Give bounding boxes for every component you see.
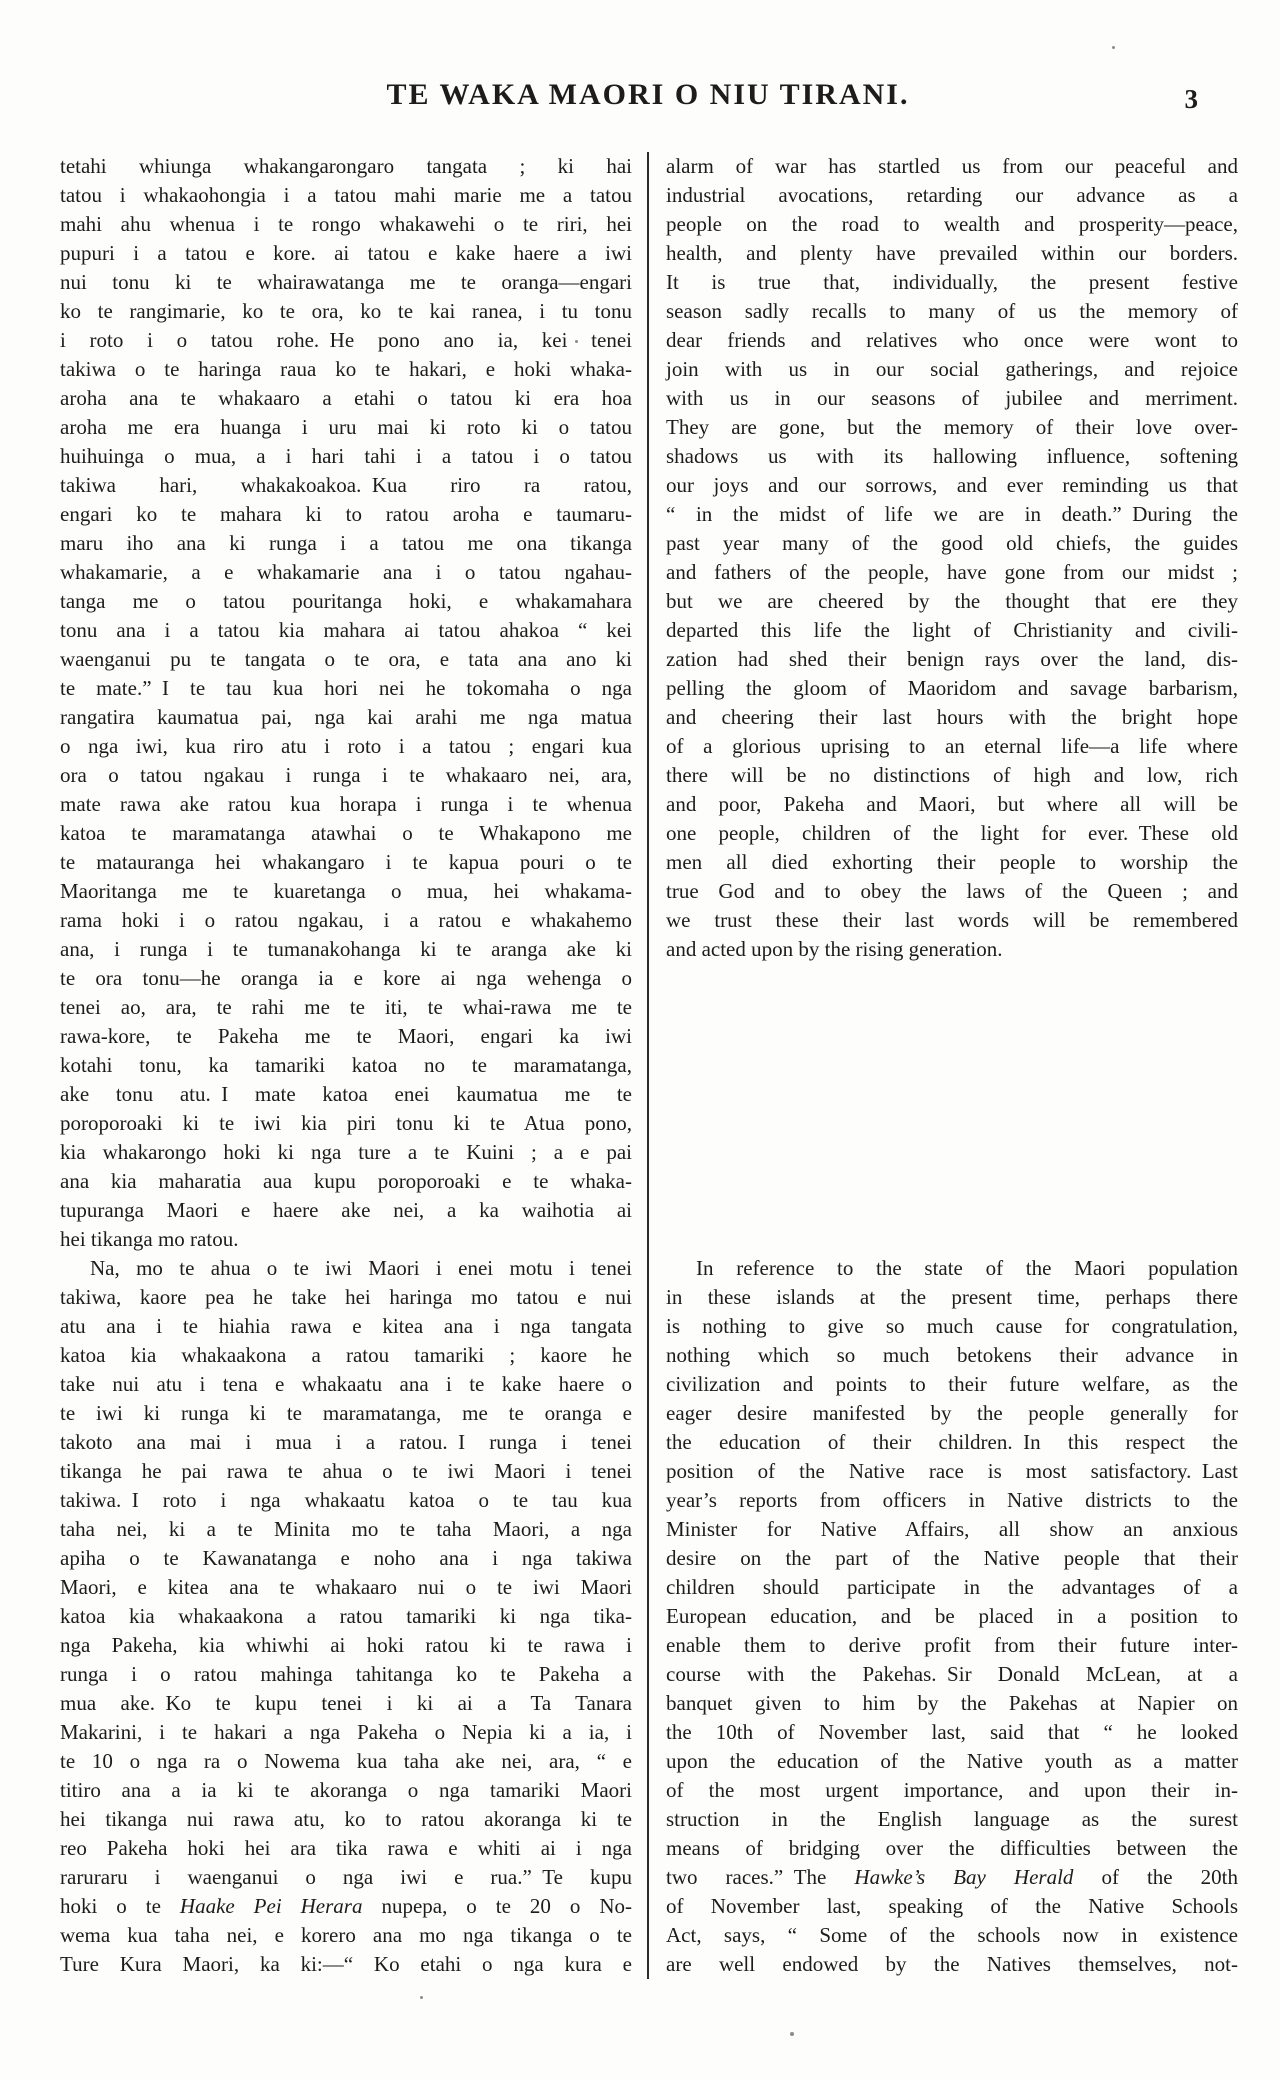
text-line: takiwa, kaore pea he take hei haringa mo…	[60, 1283, 632, 1312]
text-line: rangatira kaumatua pai, nga kai arahi me…	[60, 703, 632, 732]
text-line: kia whakarongo hoki ki nga ture a te Kui…	[60, 1138, 632, 1167]
text-line: men all died exhorting their people to w…	[666, 848, 1238, 877]
text-line: They are gone, but the memory of their l…	[666, 413, 1238, 442]
text-line: zation had shed their benign rays over t…	[666, 645, 1238, 674]
text-line: tetahi whiunga whakangarongaro tangata ;…	[60, 152, 632, 181]
text-line: means of bridging over the difficulties …	[666, 1834, 1238, 1863]
text-line: position of the Native race is most sati…	[666, 1457, 1238, 1486]
text-line: mua ake. Ko te kupu tenei i ki ai a Ta T…	[60, 1689, 632, 1718]
text-line: banquet given to him by the Pakehas at N…	[666, 1689, 1238, 1718]
text-line: ko te rangimarie, ko te ora, ko te kai r…	[60, 297, 632, 326]
text-line: enable them to derive profit from their …	[666, 1631, 1238, 1660]
text-line: ana, i runga i te tumanakohanga ki te ar…	[60, 935, 632, 964]
text-line: Act, says, “ Some of the schools now in …	[666, 1921, 1238, 1950]
text-line: wema kua taha nei, e korero ana mo nga t…	[60, 1921, 632, 1950]
text-line: health, and plenty have prevailed within…	[666, 239, 1238, 268]
text-line: the education of their children. In this…	[666, 1428, 1238, 1457]
text-line: maru iho ana ki runga i a tatou me ona t…	[60, 529, 632, 558]
text-line: kotahi tonu, ka tamariki katoa no te mar…	[60, 1051, 632, 1080]
text-line: and acted upon by the rising generation.	[666, 935, 1238, 964]
text-line: pupuri i a tatou e kore. ai tatou e kake…	[60, 239, 632, 268]
text-line: with us in our seasons of jubilee and me…	[666, 384, 1238, 413]
text-line: runga i o ratou mahinga tahitanga ko te …	[60, 1660, 632, 1689]
text-line: te 10 o nga ra o Nowema kua taha ake nei…	[60, 1747, 632, 1776]
text-line: children should participate in the advan…	[666, 1573, 1238, 1602]
scan-speck	[420, 1996, 423, 1999]
text-line: te matauranga hei whakangaro i te kapua …	[60, 848, 632, 877]
text-line: aroha ana te whakaaro a etahi o tatou ki…	[60, 384, 632, 413]
text-line: poroporoaki ki te iwi kia piri tonu ki t…	[60, 1109, 632, 1138]
text-line: Minister for Native Affairs, all show an…	[666, 1515, 1238, 1544]
text-line: i roto i o tatou rohe. He pono ano ia, k…	[60, 326, 632, 355]
text-line: industrial avocations, retarding our adv…	[666, 181, 1238, 210]
text-line: waenganui pu te tangata o te ora, e tata…	[60, 645, 632, 674]
text-line: of a glorious uprising to an eternal lif…	[666, 732, 1238, 761]
text-line: upon the education of the Native youth a…	[666, 1747, 1238, 1776]
text-line: Maoritanga me te kuaretanga o mua, hei w…	[60, 877, 632, 906]
text-line: Makarini, i te hakari a nga Pakeha o Nep…	[60, 1718, 632, 1747]
text-line: pelling the gloom of Maoridom and savage…	[666, 674, 1238, 703]
text-line: reo Pakeha hoki hei ara tika rawa e whit…	[60, 1834, 632, 1863]
text-line: katoa kia whakaakona a ratou tamariki ; …	[60, 1341, 632, 1370]
text-line: It is true that, individually, the prese…	[666, 268, 1238, 297]
text-line: but we are cheered by the thought that e…	[666, 587, 1238, 616]
text-line: takiwa. I roto i nga whakaatu katoa o te…	[60, 1486, 632, 1515]
scan-speck	[575, 340, 578, 343]
text-line: and fathers of the people, have gone fro…	[666, 558, 1238, 587]
text-line: hei tikanga nui rawa atu, ko to ratou ak…	[60, 1805, 632, 1834]
text-line: season sadly recalls to many of us the m…	[666, 297, 1238, 326]
newspaper-page: TE WAKA MAORI O NIU TIRANI. 3 tetahi whi…	[0, 0, 1280, 2080]
text-line: our joys and our sorrows, and ever remin…	[666, 471, 1238, 500]
text-line: o nga iwi, kua riro atu i roto i a tatou…	[60, 732, 632, 761]
text-line: nothing which so much betokens their adv…	[666, 1341, 1238, 1370]
text-line: one people, children of the light for ev…	[666, 819, 1238, 848]
text-line: rawa-kore, te Pakeha me te Maori, engari…	[60, 1022, 632, 1051]
text-line: course with the Pakehas. Sir Donald McLe…	[666, 1660, 1238, 1689]
left-column-maori: tetahi whiunga whakangarongaro tangata ;…	[60, 152, 649, 1979]
text-line: ana kia maharatia aua kupu poroporoaki e…	[60, 1167, 632, 1196]
text-line: Ture Kura Maori, ka ki:—“ Ko etahi o nga…	[60, 1950, 632, 1979]
text-line: takiwa o te haringa raua ko te hakari, e…	[60, 355, 632, 384]
text-line: Maori, e kitea ana te whakaaro nui o te …	[60, 1573, 632, 1602]
text-line: te ora tonu—he oranga ia e kore ai nga w…	[60, 964, 632, 993]
text-line: we trust these their last words will be …	[666, 906, 1238, 935]
text-line: nga Pakeha, kia whiwhi ai hoki ratou ki …	[60, 1631, 632, 1660]
text-line: raruraru i waenganui o nga iwi e rua.” T…	[60, 1863, 632, 1892]
text-line: nui tonu ki te whairawatanga me te orang…	[60, 268, 632, 297]
text-line: apiha o te Kawanatanga e noho ana i nga …	[60, 1544, 632, 1573]
text-line: in these islands at the present time, pe…	[666, 1283, 1238, 1312]
text-line: te iwi ki runga ki te maramatanga, me te…	[60, 1399, 632, 1428]
text-line: tupuranga Maori e haere ake nei, a ka wa…	[60, 1196, 632, 1225]
text-line: hei tikanga mo ratou.	[60, 1225, 632, 1254]
text-line: people on the road to wealth and prosper…	[666, 210, 1238, 239]
text-line: dear friends and relatives who once were…	[666, 326, 1238, 355]
text-line: take nui atu i tena e whakaatu ana i te …	[60, 1370, 632, 1399]
text-line: join with us in our social gatherings, a…	[666, 355, 1238, 384]
text-line: te mate.” I te tau kua hori nei he tokom…	[60, 674, 632, 703]
text-line: year’s reports from officers in Native d…	[666, 1486, 1238, 1515]
text-line: there will be no distinctions of high an…	[666, 761, 1238, 790]
page-number: 3	[1185, 86, 1199, 113]
text-line: tanga me o tatou pouritanga hoki, e whak…	[60, 587, 632, 616]
text-line: katoa kia whakaakona a ratou tamariki ki…	[60, 1602, 632, 1631]
text-columns: tetahi whiunga whakangarongaro tangata ;…	[60, 152, 1238, 1979]
text-line: of the most urgent importance, and upon …	[666, 1776, 1238, 1805]
text-line: two races.” The Hawke’s Bay Herald of th…	[666, 1863, 1238, 1892]
text-line: mate rawa ake ratou kua horapa i runga i…	[60, 790, 632, 819]
text-line: ake tonu atu. I mate katoa enei kaumatua…	[60, 1080, 632, 1109]
text-line: takoto ana mai i mua i a ratou. I runga …	[60, 1428, 632, 1457]
text-line: engari ko te mahara ki to ratou aroha e …	[60, 500, 632, 529]
text-line: civilization and points to their future …	[666, 1370, 1238, 1399]
text-line: taha nei, ki a te Minita mo te taha Maor…	[60, 1515, 632, 1544]
text-line: alarm of war has startled us from our pe…	[666, 152, 1238, 181]
text-line: huihuinga o mua, a i hari tahi i a tatou…	[60, 442, 632, 471]
text-line: struction in the English language as the…	[666, 1805, 1238, 1834]
text-line: hoki o te Haake Pei Herara nupepa, o te …	[60, 1892, 632, 1921]
text-line: European education, and be placed in a p…	[666, 1602, 1238, 1631]
text-line: desire on the part of the Native people …	[666, 1544, 1238, 1573]
text-line: Na, mo te ahua o te iwi Maori i enei mot…	[60, 1254, 632, 1283]
text-line: takiwa hari, whakakoakoa. Kua riro ra ra…	[60, 471, 632, 500]
text-line: tonu ana i a tatou kia mahara ai tatou a…	[60, 616, 632, 645]
text-line: true God and to obey the laws of the Que…	[666, 877, 1238, 906]
text-line: tikanga he pai rawa te ahua o te iwi Mao…	[60, 1457, 632, 1486]
text-line: rama hoki i o ratou ngakau, i a ratou e …	[60, 906, 632, 935]
text-line: titiro ana a ia ki te akoranga o nga tam…	[60, 1776, 632, 1805]
text-line: past year many of the good old chiefs, t…	[666, 529, 1238, 558]
text-line: tatou i whakaohongia i a tatou mahi mari…	[60, 181, 632, 210]
scan-speck	[790, 2032, 794, 2036]
scan-speck	[1112, 46, 1115, 49]
text-line: katoa te maramatanga atawhai o te Whakap…	[60, 819, 632, 848]
text-line: eager desire manifested by the people ge…	[666, 1399, 1238, 1428]
text-line: the 10th of November last, said that “ h…	[666, 1718, 1238, 1747]
text-line: and poor, Pakeha and Maori, but where al…	[666, 790, 1238, 819]
text-line: In reference to the state of the Maori p…	[666, 1254, 1238, 1283]
right-column-english: alarm of war has startled us from our pe…	[649, 152, 1238, 1979]
text-line: departed this life the light of Christia…	[666, 616, 1238, 645]
text-line: is nothing to give so much cause for con…	[666, 1312, 1238, 1341]
text-line: aroha me era huanga i uru mai ki roto ki…	[60, 413, 632, 442]
text-line: ora o tatou ngakau i runga i te whakaaro…	[60, 761, 632, 790]
text-line: mahi ahu whenua i te rongo whakawehi o t…	[60, 210, 632, 239]
text-line: “ in the midst of life we are in death.”…	[666, 500, 1238, 529]
text-line: shadows us with its hallowing influence,…	[666, 442, 1238, 471]
text-line: are well endowed by the Natives themselv…	[666, 1950, 1238, 1979]
text-line: whakamarie, a e whakamarie ana i o tatou…	[60, 558, 632, 587]
text-line: tenei ao, ara, te rahi me te iti, te wha…	[60, 993, 632, 1022]
newspaper-title: TE WAKA MAORI O NIU TIRANI.	[60, 80, 1236, 110]
text-line: atu ana i te hiahia rawa e kitea ana i n…	[60, 1312, 632, 1341]
text-line: of November last, speaking of the Native…	[666, 1892, 1238, 1921]
text-line: and cheering their last hours with the b…	[666, 703, 1238, 732]
